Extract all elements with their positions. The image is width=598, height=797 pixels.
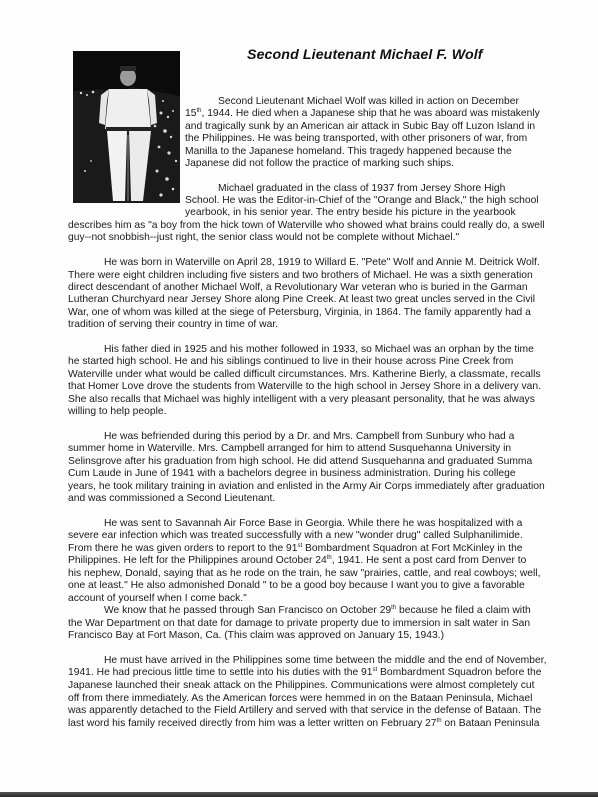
paragraph-6-line: account of yourself when I come back." [68,593,247,605]
paragraph-6-line: one at least." He also admonished Donald… [68,580,525,592]
paragraph-8-line: 1941. He had precious little time to set… [68,667,541,679]
paragraph-4-line: Waterville under what would be called di… [68,369,541,381]
paragraph-1-line: Second Lieutenant Michael Wolf was kille… [218,96,519,108]
paragraph-5-line: and was commissioned a Second Lieutenant… [68,493,275,505]
paragraph-4-line: willing to help people. [68,406,166,418]
paragraph-3-line: He was born in Waterville on April 28, 1… [104,257,540,269]
paragraph-8-line: He must have arrived in the Philippines … [104,655,546,667]
paragraph-3-line: direct descendant of another Michael Wol… [68,282,528,294]
scan-edge-band [0,792,598,797]
paragraph-8-line: Japanese launched their sneak attack on … [68,680,534,692]
paragraph-3-line: Lutheran Churchyard near Jersey Shore al… [68,294,535,306]
portrait-photo [73,51,180,203]
paragraph-3-line: There were eight children including five… [68,270,533,282]
paragraph-1-line: and tragically sunk by an American air a… [185,121,535,133]
paragraph-2-line: guy--not snobbish--just right, the senio… [68,232,459,244]
paragraph-6-line: severe ear infection which was treated s… [68,530,523,542]
paragraph-2-line: School. He was the Editor-in-Chief of th… [185,195,539,207]
paragraph-4-line: His father died in 1925 and his mother f… [104,344,534,356]
paragraph-2-line: describes him as "a boy from the hick to… [68,220,545,232]
paragraph-1-line: Japanese did not follow the practice of … [185,158,454,170]
paragraph-3-line: War, one of whom was killed at the siege… [68,307,531,319]
paragraph-4-line: She also recalls that Michael was highly… [68,394,535,406]
paragraph-8-line: last word his family received directly f… [68,718,539,730]
paragraph-6-line: his nephew, Donald, saying that as he ro… [68,568,540,580]
paragraph-6-line: From there he was given orders to report… [68,543,523,555]
page-title: Second Lieutenant Michael F. Wolf [247,47,483,63]
paragraph-4-line: he started high school. He and his sibli… [68,356,513,368]
paragraph-3-line: tradition of serving their country in ti… [68,319,278,331]
paragraph-2-line: Michael graduated in the class of 1937 f… [218,183,505,195]
paragraph-1-line: Manilla to the Japanese homeland. This t… [185,146,512,158]
paragraph-5-line: years, he took military training in avia… [68,481,545,493]
paragraph-5-line: summer home in Waterville. Mrs. Campbell… [68,443,511,455]
paragraph-1-line: the Philippines. He was being transporte… [185,133,527,145]
paragraph-5-line: Cum Laude in June of 1941 with a bachelo… [68,468,516,480]
document-page: Second Lieutenant Michael F. Wolf Second… [0,0,598,793]
paragraph-6-line: Philippines. He left for the Philippines… [68,555,526,567]
paragraph-7-line: We know that he passed through San Franc… [104,605,531,617]
paragraph-7-line: Francisco Bay at Fort Mason, Ca. (This c… [68,630,444,642]
paragraph-5-line: Selinsgrove after his graduation from hi… [68,456,532,468]
paragraph-6-line: He was sent to Savannah Air Force Base i… [104,518,522,530]
paragraph-2-line: yearbook, in his senior year. The entry … [185,207,516,219]
paragraph-8-line: was apparently detached to the Field Art… [68,705,541,717]
paragraph-5-line: He was befriended during this period by … [104,431,514,443]
paragraph-1-line: 15th, 1944. He died when a Japanese ship… [185,108,540,120]
paragraph-7-line: the War Department on that date for dama… [68,618,530,630]
photo-figure-icon [73,51,180,203]
paragraph-4-line: that Homer Love drove the students from … [68,381,541,393]
paragraph-8-line: off from there immediately. As the Ameri… [68,693,532,705]
